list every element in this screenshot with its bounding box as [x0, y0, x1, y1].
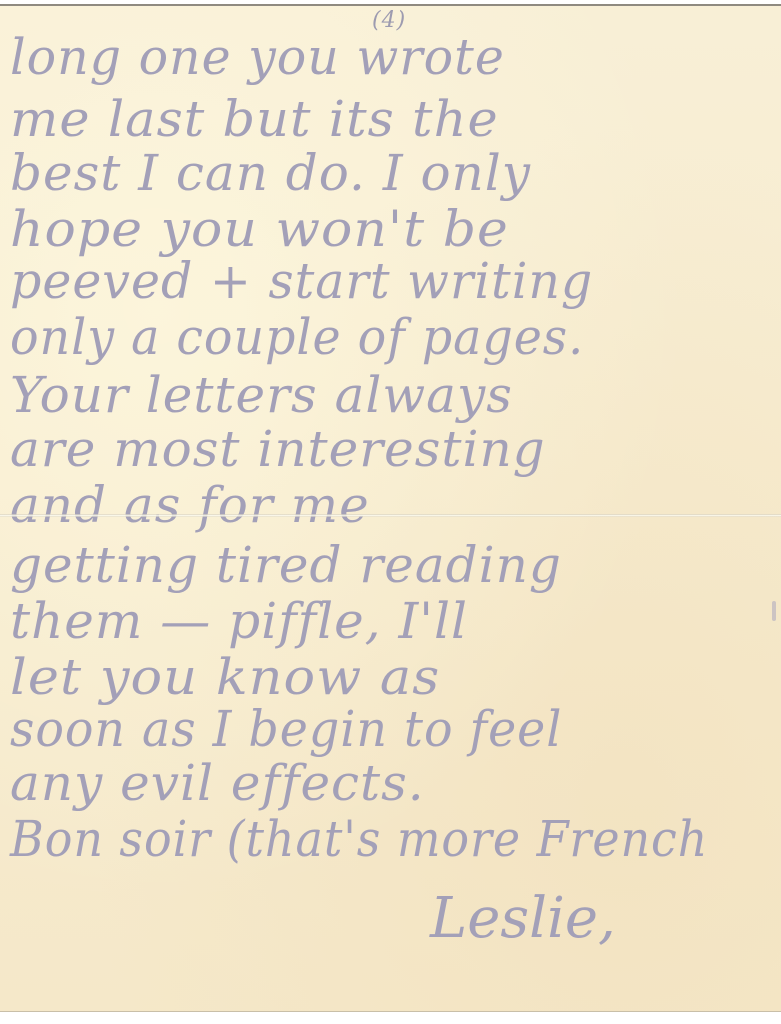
letter-line-4: hope you won't be: [10, 204, 509, 254]
letter-line-14: any evil effects.: [10, 758, 425, 808]
letter-line-7: Your letters always: [10, 370, 513, 420]
letter-line-11: them — piffle, I'll: [10, 596, 468, 646]
letter-line-8: are most interesting: [10, 424, 546, 474]
letter-line-3: best I can do. I only: [10, 148, 531, 198]
letter-page: (4) long one you wrote me last but its t…: [0, 4, 781, 1012]
signature: Leslie,: [430, 886, 616, 951]
letter-line-12: let you know as: [10, 652, 440, 702]
letter-line-1: long one you wrote: [10, 32, 505, 82]
letter-line-13: soon as I begin to feel: [10, 704, 562, 754]
paper-fold-line: [0, 514, 781, 517]
letter-line-2: me last but its the: [10, 94, 499, 144]
letter-line-6: only a couple of pages.: [10, 312, 584, 362]
margin-mark: [772, 601, 776, 621]
letter-line-10: getting tired reading: [10, 540, 562, 590]
letter-line-9: and as for me: [10, 480, 370, 530]
letter-line-5: peeved + start writing: [10, 256, 593, 306]
letter-line-15: Bon soir (that's more French: [10, 814, 708, 864]
